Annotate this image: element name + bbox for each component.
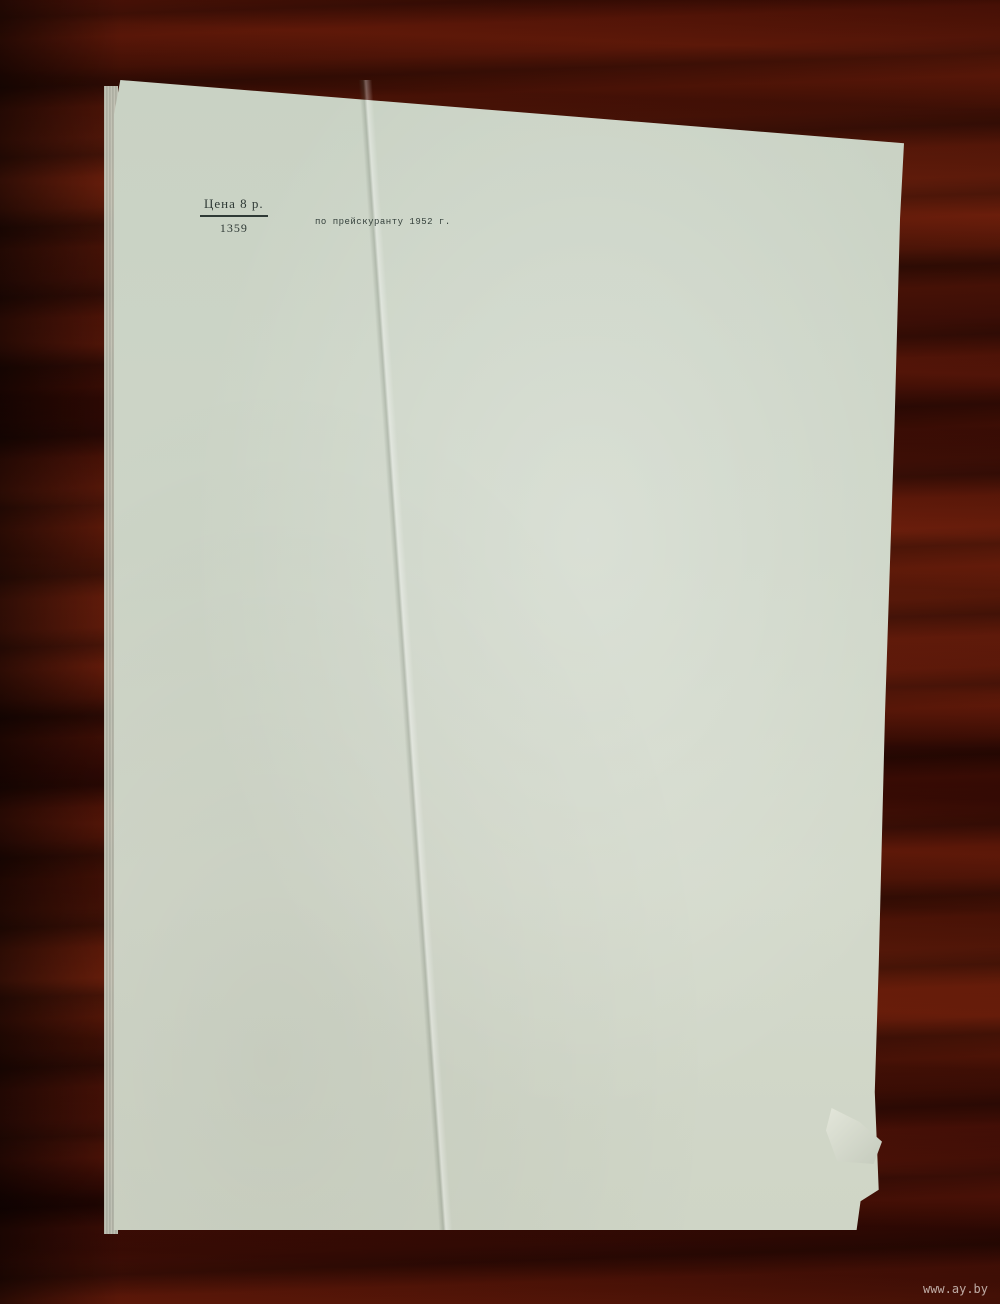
price-label: Цена 8 р. bbox=[200, 196, 268, 217]
price-stamp: Цена 8 р. 1359 bbox=[200, 196, 268, 236]
catalog-number: 1359 bbox=[200, 217, 268, 236]
watermark-text: www.ay.by bbox=[923, 1282, 988, 1296]
document-back-cover bbox=[114, 80, 904, 1230]
table-shadow bbox=[0, 0, 120, 1304]
pricelist-note: по прейскуранту 1952 г. bbox=[315, 217, 451, 227]
